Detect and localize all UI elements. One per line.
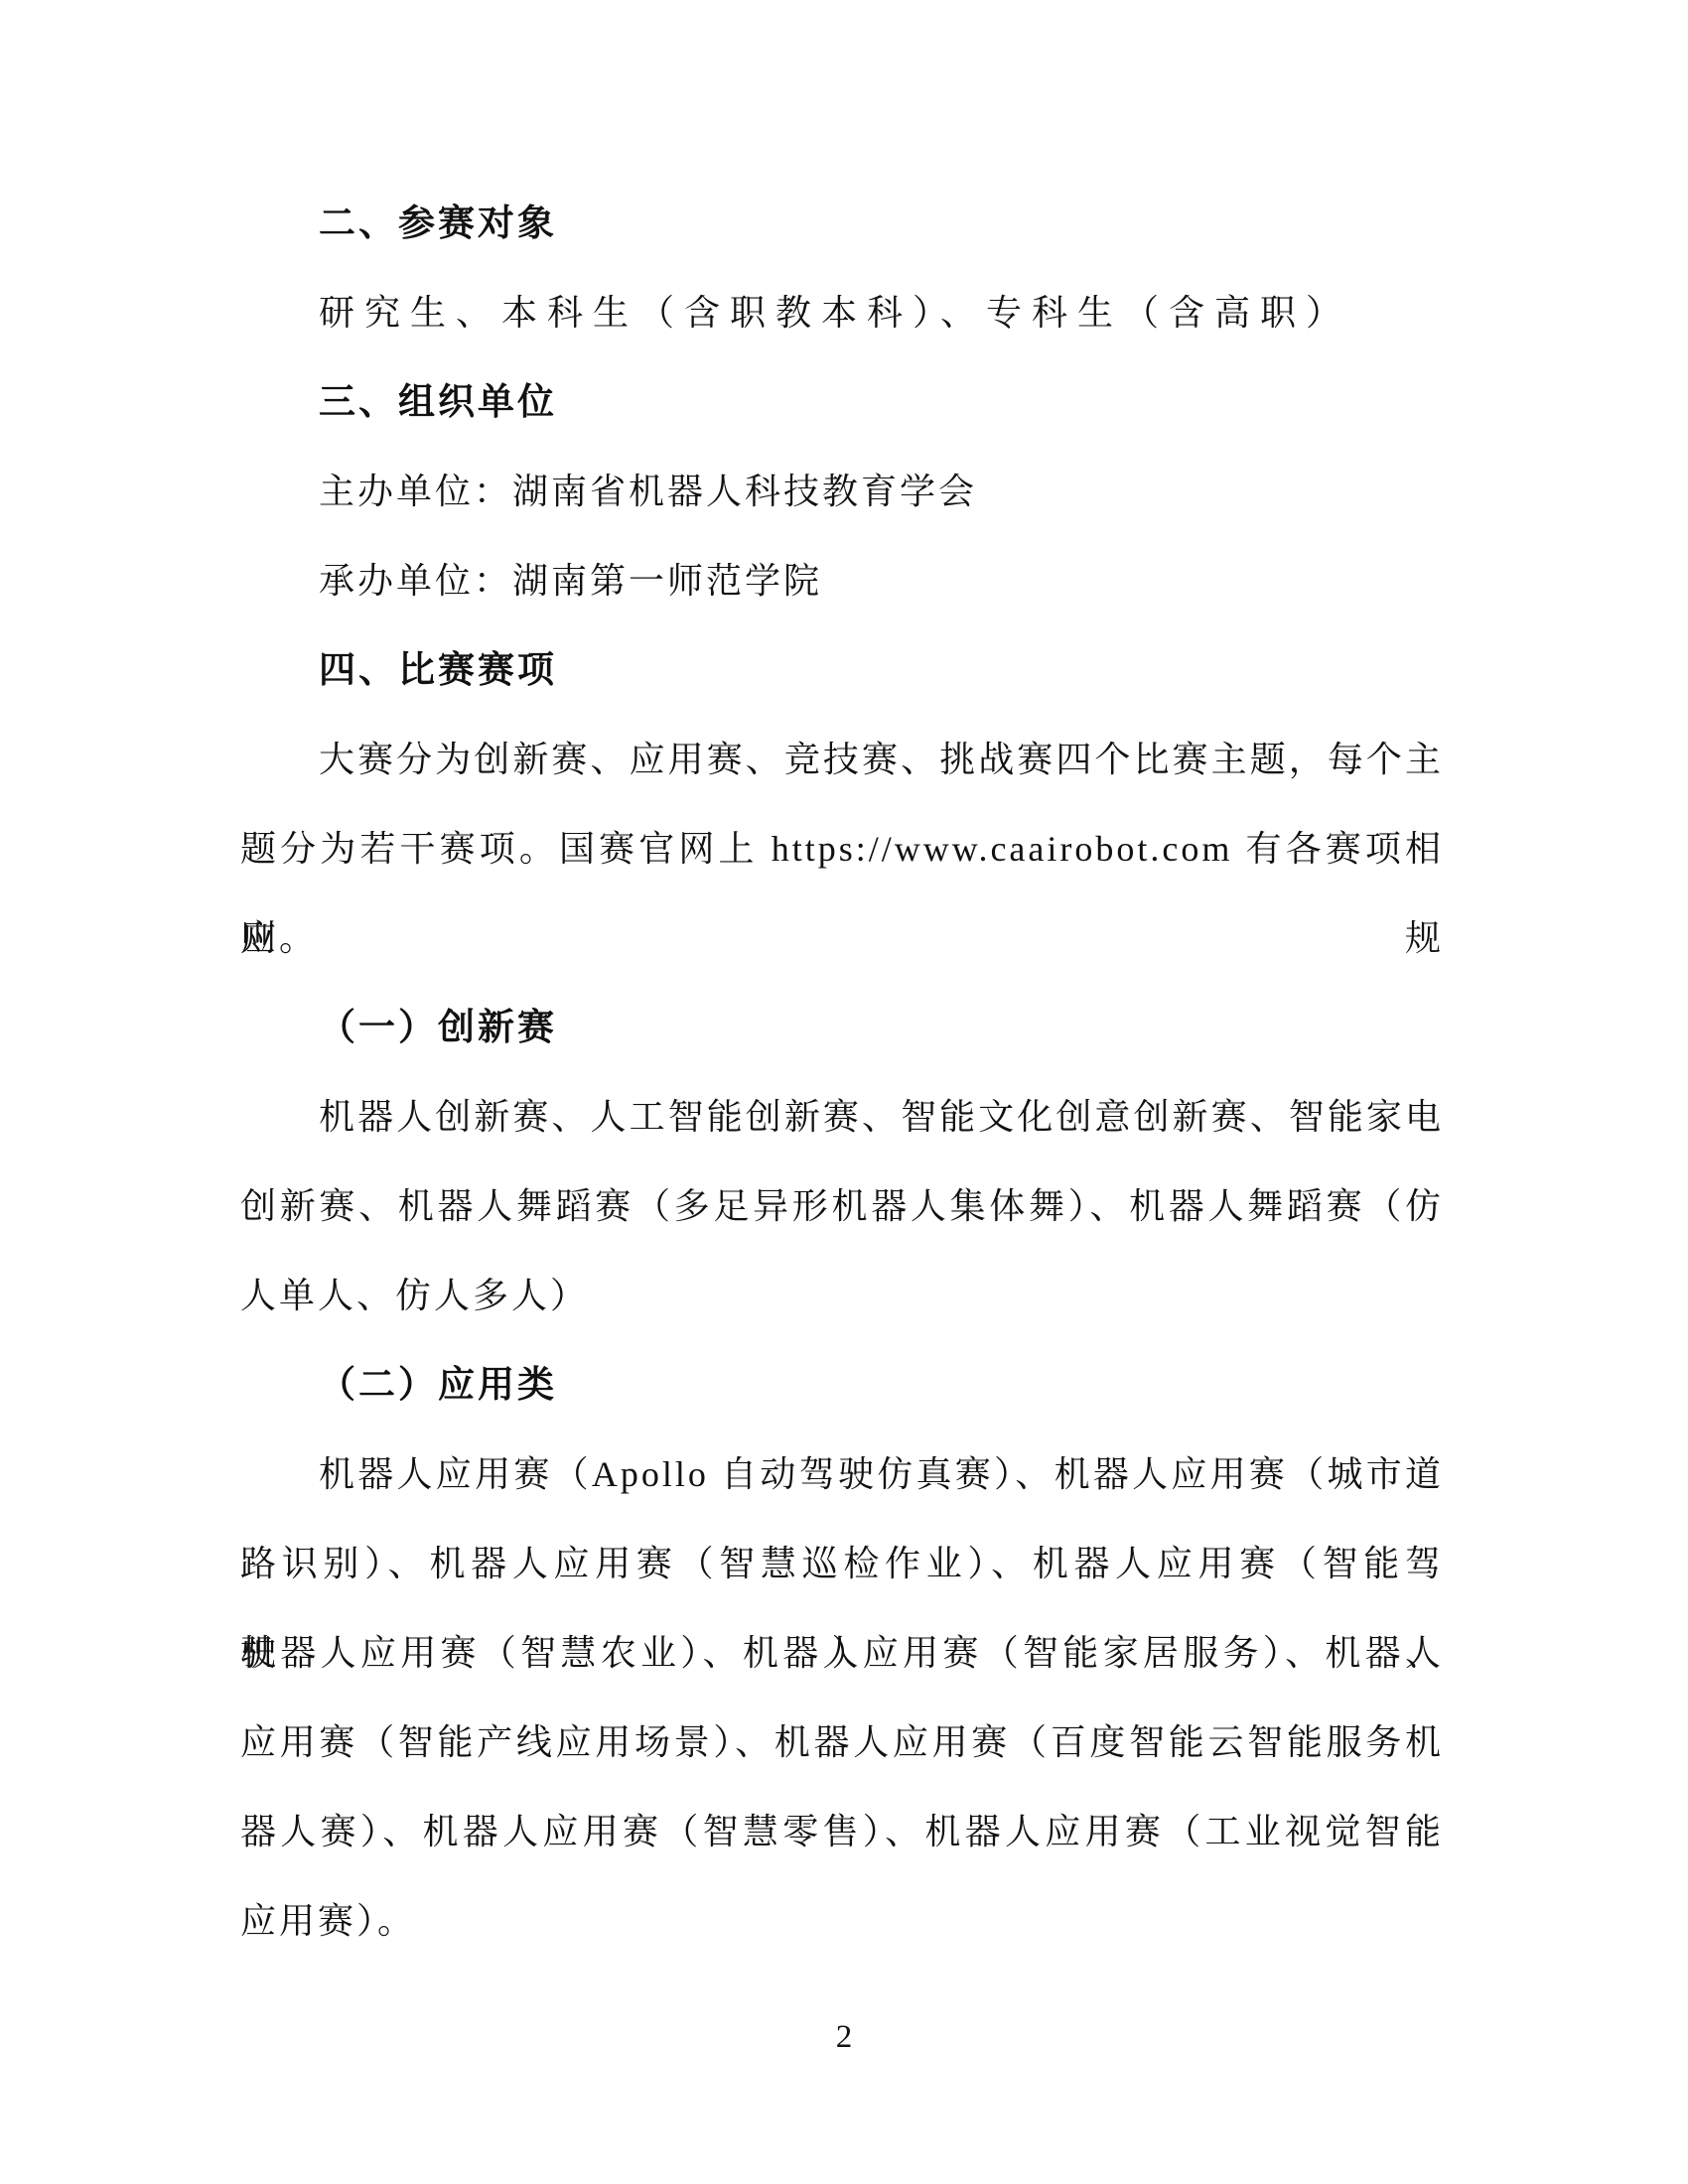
line-participants: 研究生、本科生（含职教本科）、专科生（含高职） — [240, 268, 1444, 357]
line-innovation-events-2: 创新赛、机器人舞蹈赛（多足异形机器人集体舞）、机器人舞蹈赛（仿 — [240, 1161, 1444, 1251]
line-events-intro-1: 大赛分为创新赛、应用赛、竞技赛、挑战赛四个比赛主题，每个主 — [240, 715, 1444, 804]
line-application-events-2: 路识别）、机器人应用赛（智慧巡检作业）、机器人应用赛（智能驾驶）、 — [240, 1519, 1444, 1608]
line-application-events-5: 器人赛）、机器人应用赛（智慧零售）、机器人应用赛（工业视觉智能 — [240, 1787, 1444, 1876]
line-innovation-events-1: 机器人创新赛、人工智能创新赛、智能文化创意创新赛、智能家电 — [240, 1072, 1444, 1161]
section-heading-participants: 二、参赛对象 — [240, 179, 1444, 268]
line-application-events-6: 应用赛）。 — [240, 1876, 1444, 1966]
section-heading-competition-events: 四、比赛赛项 — [240, 625, 1444, 715]
line-application-events-3: 机器人应用赛（智慧农业）、机器人应用赛（智能家居服务）、机器人 — [240, 1608, 1444, 1698]
section-heading-innovation-contest: （一）创新赛 — [240, 983, 1444, 1072]
document-page: 二、参赛对象 研究生、本科生（含职教本科）、专科生（含高职） 三、组织单位 主办… — [0, 0, 1688, 2184]
section-heading-organizers: 三、组织单位 — [240, 357, 1444, 447]
section-heading-application-category: （二）应用类 — [240, 1340, 1444, 1430]
line-application-events-1: 机器人应用赛（Apollo 自动驾驶仿真赛）、机器人应用赛（城市道 — [240, 1430, 1444, 1519]
line-events-intro-2-with-url: 题分为若干赛项。国赛官网上 https://www.caairobot.com … — [240, 804, 1444, 893]
line-undertaking-organizer: 承办单位：湖南第一师范学院 — [240, 536, 1444, 625]
line-application-events-4: 应用赛（智能产线应用场景）、机器人应用赛（百度智能云智能服务机 — [240, 1698, 1444, 1787]
line-host-organizer: 主办单位：湖南省机器人科技教育学会 — [240, 447, 1444, 536]
line-innovation-events-3: 人单人、仿人多人） — [240, 1251, 1444, 1340]
document-body: 二、参赛对象 研究生、本科生（含职教本科）、专科生（含高职） 三、组织单位 主办… — [240, 179, 1444, 1966]
page-number: 2 — [0, 2017, 1688, 2057]
